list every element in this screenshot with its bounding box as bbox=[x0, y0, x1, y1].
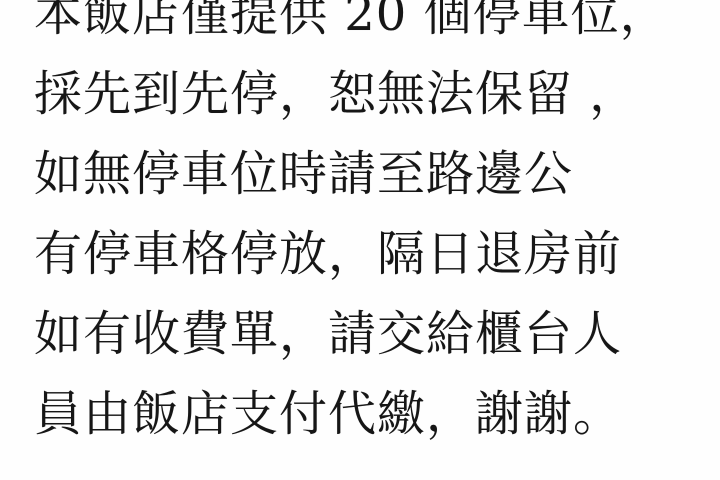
notice-line: 如無停車位時請至路邊公 bbox=[34, 134, 710, 214]
notice-line: 員由飯店支付代繳，謝謝。 bbox=[34, 374, 710, 454]
parking-notice-text: 本飯店僅提供 20 個停車位， 採先到先停，恕無法保留 ， 如無停車位時請至路邊… bbox=[34, 0, 710, 454]
notice-line: 本飯店僅提供 20 個停車位， bbox=[34, 0, 710, 54]
notice-line: 如有收費單，請交給櫃台人 bbox=[34, 294, 710, 374]
notice-line: 有停車格停放，隔日退房前 bbox=[34, 214, 710, 294]
notice-line: 採先到先停，恕無法保留 ， bbox=[34, 54, 710, 134]
